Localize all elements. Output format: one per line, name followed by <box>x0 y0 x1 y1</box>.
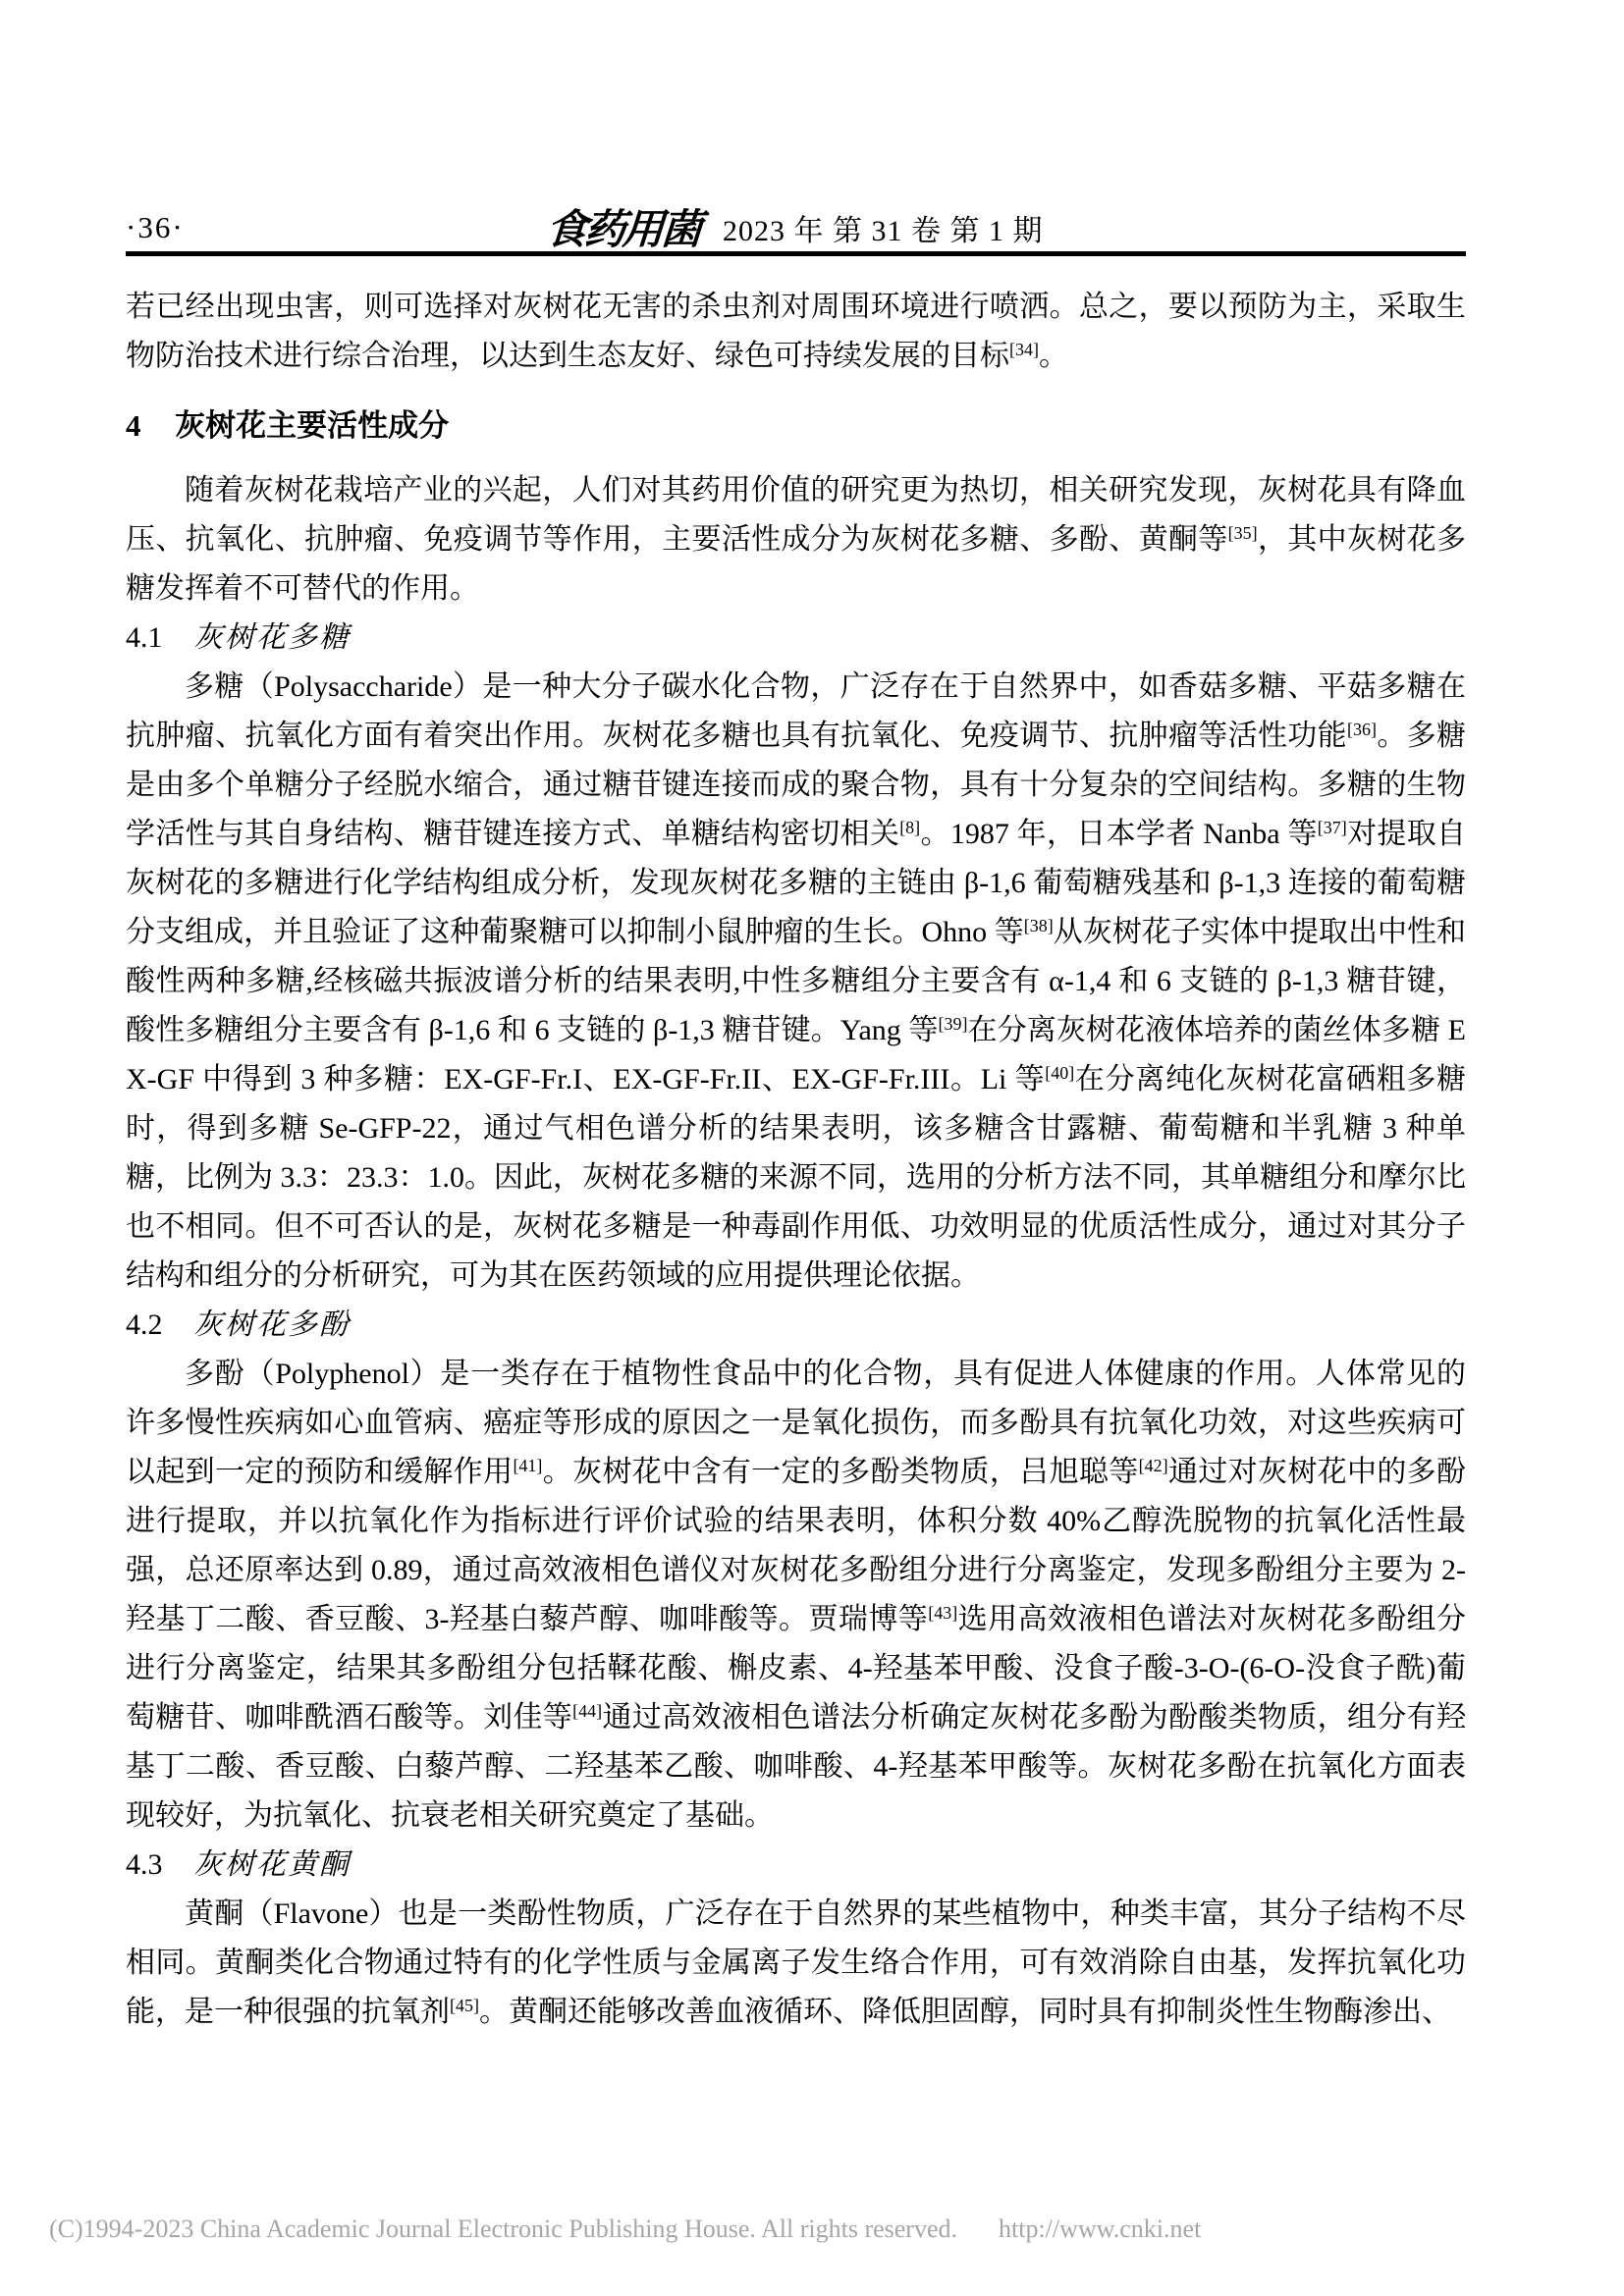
section-4-3-paragraph: 黄酮（Flavone）也是一类酚性物质，广泛存在于自然界的某些植物中，种类丰富，… <box>126 1890 1466 2037</box>
copyright-notice: (C)1994-2023 China Academic Journal Elec… <box>49 2215 957 2243</box>
section-4-title: 灰树花主要活性成分 <box>175 408 449 443</box>
section-4-3-number: 4.3 <box>126 1848 163 1881</box>
page-number: ·36· <box>126 210 185 245</box>
section-4-2-paragraph: 多酚（Polyphenol）是一类存在于植物性食品中的化合物，具有促进人体健康的… <box>126 1350 1466 1841</box>
journal-logo: 食药用菌 <box>545 210 701 251</box>
section-4-heading: 4 灰树花主要活性成分 <box>126 401 1466 451</box>
continued-paragraph: 若已经出现虫害，则可选择对灰树花无害的杀虫剂对周围环境进行喷洒。总之，要以预防为… <box>126 283 1466 381</box>
section-4-2-title: 灰树花多酚 <box>193 1308 351 1341</box>
section-4-number: 4 <box>126 408 141 443</box>
section-4-3-title: 灰树花黄酮 <box>193 1848 351 1881</box>
cnki-url: http://www.cnki.net <box>999 2215 1201 2243</box>
section-4-paragraph: 随着灰树花栽培产业的兴起，人们对其药用价值的研究更为热切，相关研究发现，灰树花具… <box>126 466 1466 614</box>
section-4-1-paragraph: 多糖（Polysaccharide）是一种大分子碳水化合物，广泛存在于自然界中，… <box>126 663 1466 1301</box>
section-4-2-number: 4.2 <box>126 1308 163 1341</box>
issue-info: 2023 年 第 31 卷 第 1 期 <box>723 215 1044 247</box>
page-header: ·36· 食药用菌 2023 年 第 31 卷 第 1 期 <box>126 192 1466 247</box>
article-body: 若已经出现虫害，则可选择对灰树花无害的杀虫剂对周围环境进行喷洒。总之，要以预防为… <box>126 283 1466 2037</box>
section-4-2-heading: 4.2 灰树花多酚 <box>126 1301 1466 1350</box>
header-center: 食药用菌 2023 年 第 31 卷 第 1 期 <box>546 206 1044 247</box>
journal-page: ·36· 食药用菌 2023 年 第 31 卷 第 1 期 若已经出现虫害，则可… <box>0 0 1624 2296</box>
header-rule <box>126 251 1466 256</box>
section-4-1-number: 4.1 <box>126 621 163 654</box>
section-4-3-heading: 4.3 灰树花黄酮 <box>126 1841 1466 1890</box>
page-footer: (C)1994-2023 China Academic Journal Elec… <box>49 2215 1581 2244</box>
section-4-1-heading: 4.1 灰树花多糖 <box>126 614 1466 663</box>
section-4-1-title: 灰树花多糖 <box>193 621 351 654</box>
